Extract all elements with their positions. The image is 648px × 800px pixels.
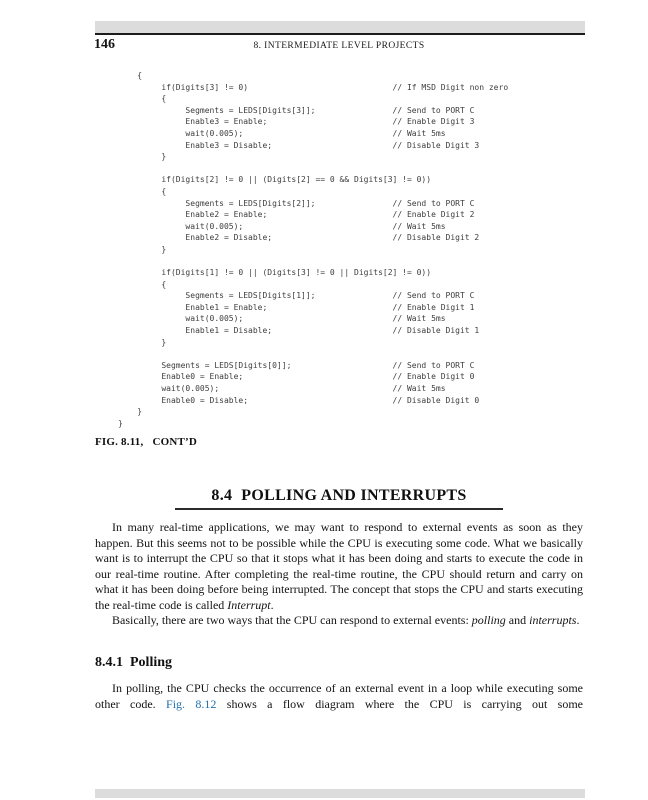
paragraph-1-tail: . <box>271 598 274 612</box>
subsection-heading: 8.4.1Polling <box>95 655 172 671</box>
paragraph-2-italic-polling: polling <box>472 613 506 627</box>
heading-rule <box>175 508 503 510</box>
bottom-bar <box>95 789 585 798</box>
top-bar <box>95 21 585 35</box>
figure-caption: FIG. 8.11,CONT’D <box>95 436 197 448</box>
section-number: 8.4 <box>211 487 232 504</box>
section-heading: 8.4POLLING AND INTERRUPTS <box>95 487 583 505</box>
subsection-title: Polling <box>130 655 172 670</box>
paragraph-1-text: In many real-time applications, we may w… <box>95 520 583 612</box>
paragraph-1-italic: Interrupt <box>227 598 270 612</box>
code-listing: { if(Digits[3] != 0) // If MSD Digit non… <box>118 70 508 429</box>
figure-caption-label: FIG. 8.11, <box>95 436 143 448</box>
section-body: In many real-time applications, we may w… <box>95 520 583 629</box>
paragraph-2-mid: and <box>506 613 529 627</box>
paragraph-1: In many real-time applications, we may w… <box>95 520 583 613</box>
paragraph-3-text2: shows a flow diagram where the CPU is ca… <box>216 697 583 711</box>
subsection-body: In polling, the CPU checks the occurrenc… <box>95 681 583 712</box>
paragraph-2-text: Basically, there are two ways that the C… <box>112 613 472 627</box>
book-page: 146 8. INTERMEDIATE LEVEL PROJECTS { if(… <box>0 0 648 800</box>
running-head: 8. INTERMEDIATE LEVEL PROJECTS <box>95 41 583 51</box>
section-heading-block: 8.4POLLING AND INTERRUPTS <box>95 487 583 510</box>
figure-caption-cont: CONT’D <box>152 436 197 448</box>
paragraph-2-tail: . <box>576 613 579 627</box>
subsection-number: 8.4.1 <box>95 655 123 670</box>
figure-8-12-link[interactable]: Fig. 8.12 <box>166 697 216 711</box>
paragraph-2: Basically, there are two ways that the C… <box>95 613 583 629</box>
section-title: POLLING AND INTERRUPTS <box>241 487 466 504</box>
paragraph-3: In polling, the CPU checks the occurrenc… <box>95 681 583 712</box>
paragraph-2-italic-interrupts: interrupts <box>529 613 576 627</box>
